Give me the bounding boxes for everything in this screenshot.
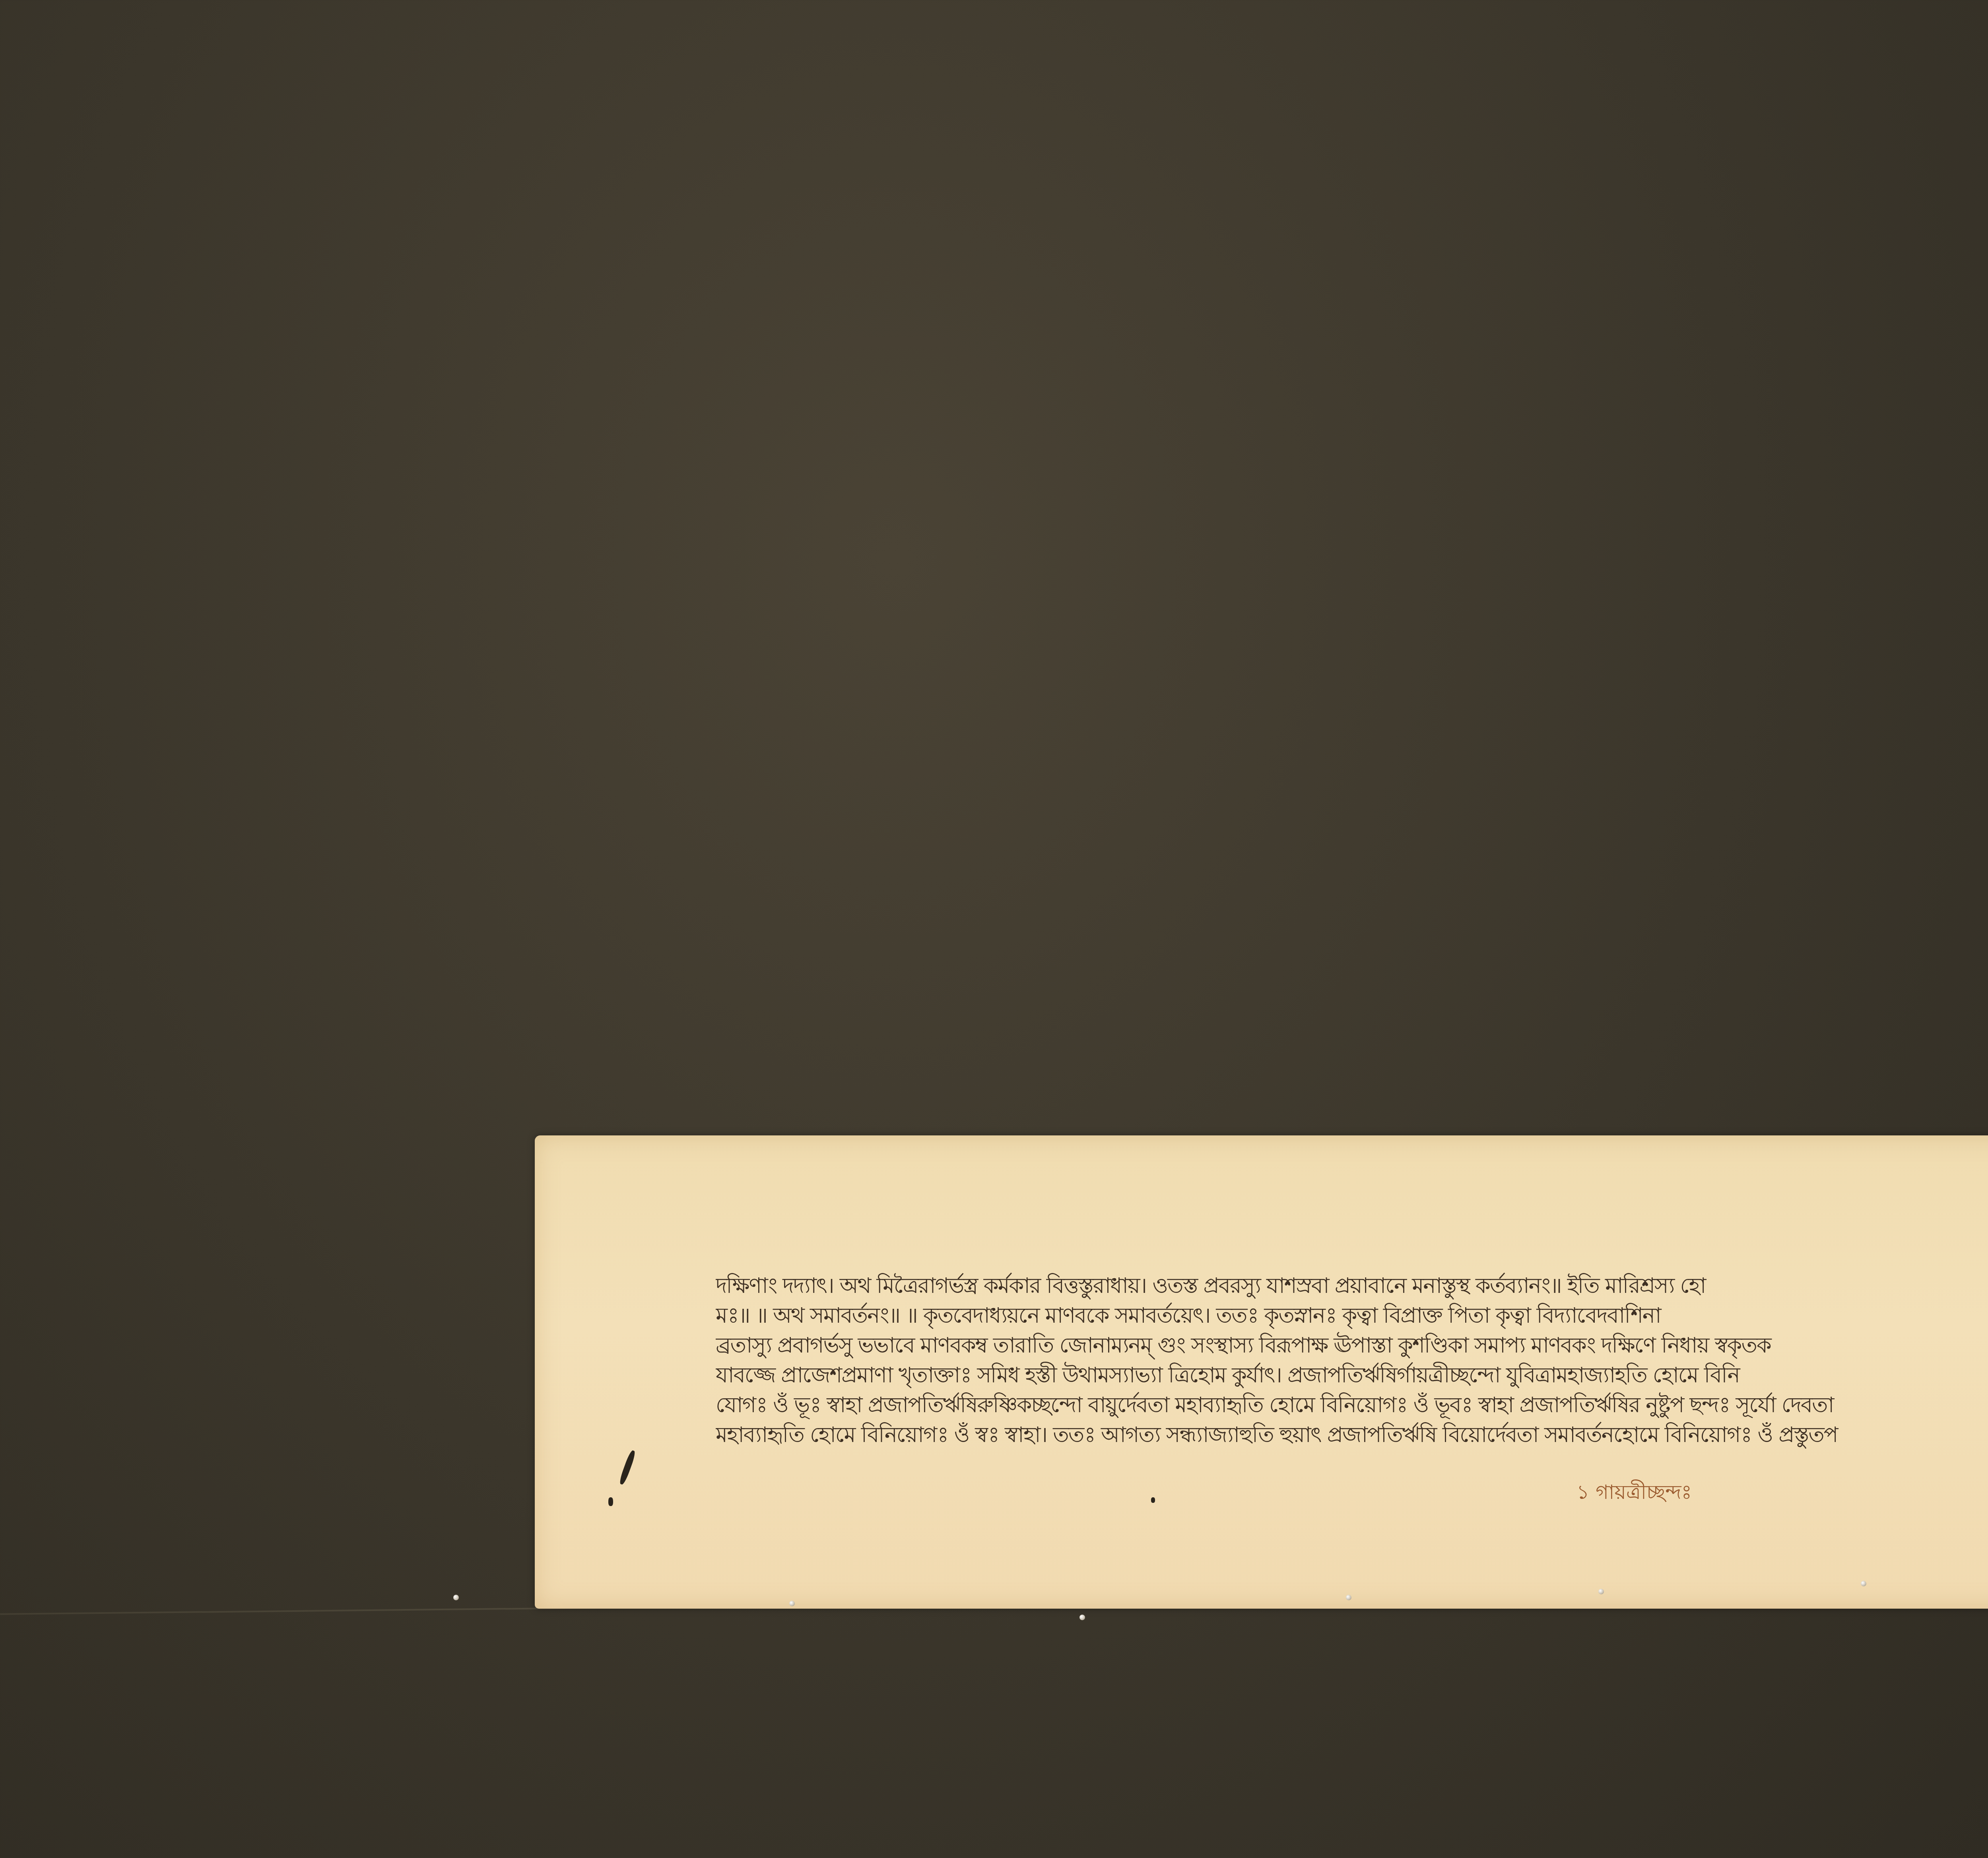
text-line-2: মঃ॥ ॥ অথ সমাবর্তনং॥ ॥ কৃতবেদাধ্যয়নে মাণ…	[716, 1300, 1988, 1330]
manuscript-text: দক্ষিণাং দদ্যাৎ। অথ মিত্রৈরাগর্ভস্ত্র কর…	[716, 1271, 1988, 1450]
pin-icon	[1079, 1615, 1085, 1620]
text-line-5: যোগঃ ওঁ ভূঃ স্বাহা প্রজাপতির্ঋষিরুষ্ণিকচ…	[716, 1390, 1988, 1420]
text-line-1: দক্ষিণাং দদ্যাৎ। অথ মিত্রৈরাগর্ভস্ত্র কর…	[716, 1271, 1988, 1300]
text-line-4: যাবজ্জে প্রাজেশপ্রমাণা খৃতাক্তাঃ সমিধ হস…	[716, 1360, 1988, 1390]
pin-icon	[453, 1595, 459, 1600]
pin-icon	[789, 1601, 795, 1606]
red-ink-caption: ১ গায়ত্রীচ্ছন্দঃ	[1576, 1477, 1692, 1510]
ink-mark	[1151, 1497, 1155, 1503]
text-line-6: মহাব্যাহৃতি হোমে বিনিয়োগঃ ওঁ স্বঃ স্বাহ…	[716, 1420, 1988, 1450]
ink-mark	[618, 1450, 637, 1485]
manuscript-leaf: দক্ষিণাং দদ্যাৎ। অথ মিত্রৈরাগর্ভস্ত্র কর…	[535, 1135, 1988, 1609]
pin-icon	[1346, 1595, 1351, 1600]
text-line-3: ব্রতাস্যু প্রবাগর্ভসু ভভাবে মাণবকম্ব তার…	[716, 1330, 1988, 1360]
ink-mark	[608, 1497, 613, 1506]
pin-icon	[1861, 1581, 1866, 1586]
pin-icon	[1598, 1589, 1604, 1594]
